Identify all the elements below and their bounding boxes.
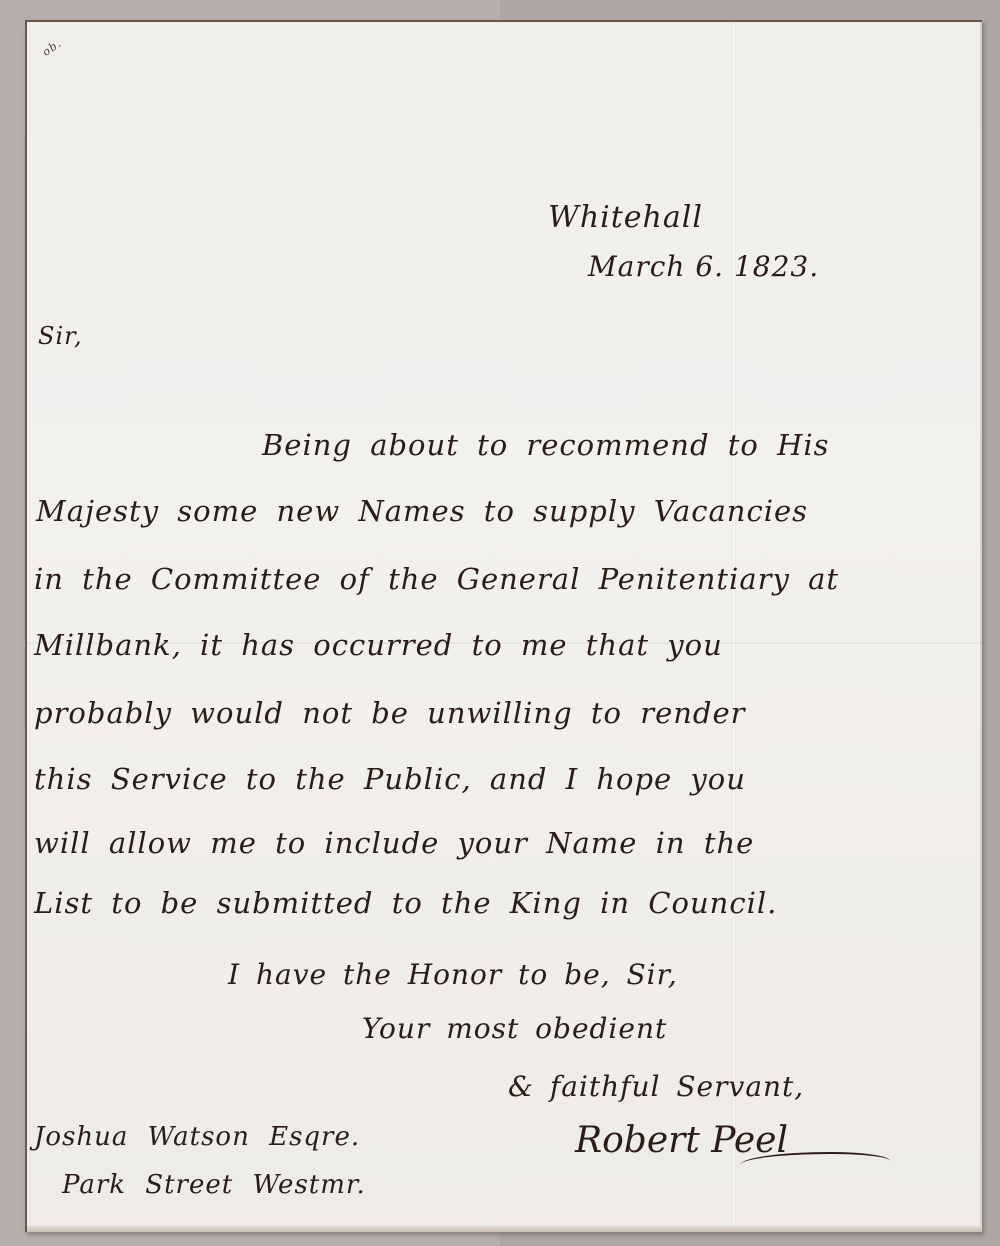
- letter-sheet: [25, 20, 982, 1232]
- letter-place: Whitehall: [548, 200, 703, 235]
- closing-line-3: & faithful Servant,: [508, 1070, 804, 1103]
- body-line-5: probably would not be unwilling to rende…: [34, 696, 746, 730]
- fold-line-vertical: [491, 22, 494, 1232]
- addressee-address: Park Street Westmr.: [62, 1170, 366, 1200]
- addressee-name: Joshua Watson Esqre.: [34, 1122, 360, 1152]
- body-line-3: in the Committee of the General Penitent…: [34, 562, 839, 596]
- letter-date: March 6. 1823.: [588, 250, 819, 283]
- body-line-4: Millbank, it has occurred to me that you: [34, 628, 723, 662]
- body-line-6: this Service to the Public, and I hope y…: [34, 762, 746, 796]
- signature: Robert Peel: [575, 1120, 788, 1161]
- body-line-7: will allow me to include your Name in th…: [34, 826, 754, 860]
- closing-line-1: I have the Honor to be, Sir,: [228, 958, 678, 991]
- body-line-1: Being about to recommend to His: [262, 428, 830, 462]
- closing-line-2: Your most obedient: [362, 1012, 667, 1045]
- sheet-bottom-edge: [27, 1226, 982, 1232]
- salutation: Sir,: [38, 322, 83, 350]
- body-line-2: Majesty some new Names to supply Vacanci…: [36, 494, 808, 528]
- sheet-edge: [980, 22, 982, 1232]
- body-line-8: List to be submitted to the King in Coun…: [34, 886, 777, 920]
- fold-line-vertical-2: [732, 22, 736, 1232]
